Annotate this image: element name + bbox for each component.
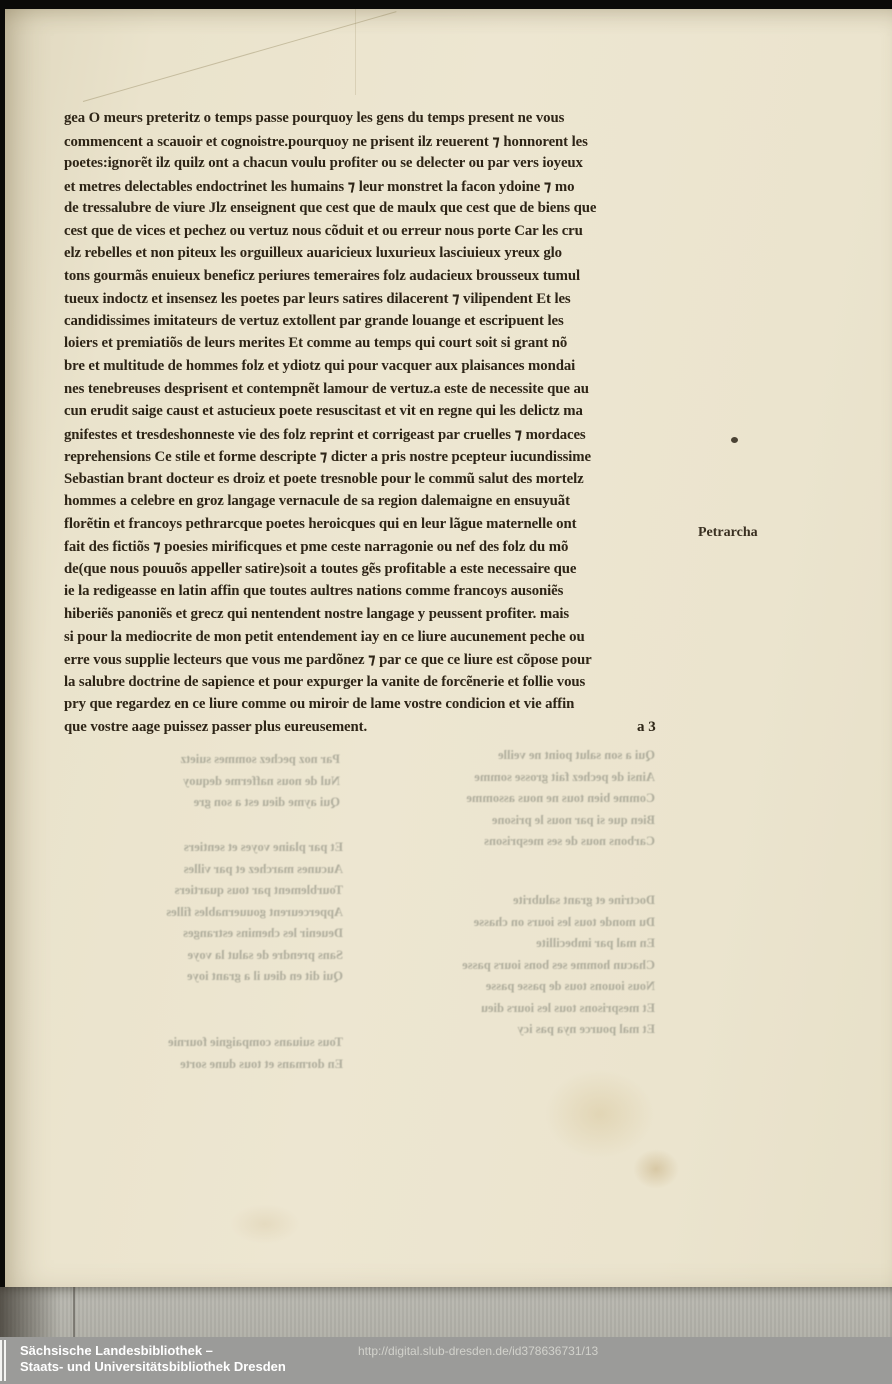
fold-crease [83,11,397,102]
text-line: et metres delectables endoctrinet les hu… [64,178,696,201]
library-name-line1: Sächsische Landesbibliothek – [20,1343,286,1359]
stain [545,1069,655,1159]
fabric-thread [73,1287,75,1337]
bleedthrough-line: Et mal pource nya pas icy [405,1022,655,1044]
bleedthrough-line: Nul de nous nafferme dequoy [135,774,340,796]
text-line: nes tenebreuses desprisent et contempnẽt… [64,381,696,404]
bleedthrough-line: Nous iouons tous de passe passe [405,979,655,1001]
library-name-line2: Staats- und Universitätsbibliothek Dresd… [20,1359,286,1375]
bleedthrough-line: Tourblement par tous quartiers [125,883,343,905]
stain [633,1149,679,1189]
fabric-texture [0,1287,892,1337]
quire-signature: a 3 [637,719,656,736]
fabric-shadow-corner [0,1287,60,1337]
footer-left-bar-icon [0,1340,2,1381]
stain [230,1204,300,1244]
bleedthrough-left-group-3: Tous suiuans compaignie fournieEn dorman… [115,1035,343,1078]
text-line: ie la redigeasse en latin affin que tout… [64,583,696,606]
ink-spot [731,437,738,443]
bleedthrough-line: En dormans et tous dune sorte [115,1057,343,1079]
text-line: la salubre doctrine de sapience et pour … [64,674,696,697]
bleedthrough-line: Sans prendre de salut la voye [125,948,343,970]
text-line: florẽtin et francoys pethrarcque poetes … [64,516,696,539]
footer-band: Sächsische Landesbibliothek – Staats- un… [0,1337,892,1384]
bleedthrough-line: Par noz pechez sommes suietz [135,752,340,774]
prologue-text-block: gea O meurs preteritz o temps passe pour… [64,110,696,741]
text-line: pry que regardez en ce liure comme ou mi… [64,696,696,719]
text-line: candidissimes imitateurs de vertuz extol… [64,313,696,336]
scan-viewport: Qui a son salut point ne veilleAinsi de … [0,0,892,1384]
text-line: si pour la mediocrite de mon petit enten… [64,629,696,652]
text-line: bre et multitude de hommes folz et ydiot… [64,358,696,381]
bleedthrough-line: Aucunes marchez et par villes [125,862,343,884]
text-line: poetes:ignorẽt ilz quilz ont a chacun vo… [64,155,696,178]
text-line: tons gourmãs enuieux beneficz periures t… [64,268,696,291]
footer-left-bar-icon [4,1340,6,1381]
bleedthrough-line: Qui a son salut point ne veille [420,748,655,770]
bleedthrough-line: Et par plaine voyes et sentiers [125,840,343,862]
bleedthrough-left-group-1: Par noz pechez sommes suietzNul de nous … [135,752,340,817]
text-line: de(que nous pouuõs appeller satire)soit … [64,561,696,584]
bleedthrough-left-group-2: Et par plaine voyes et sentiersAucunes m… [125,840,343,991]
bleedthrough-right-group-1: Qui a son salut point ne veilleAinsi de … [420,748,655,856]
text-line: fait des fictiõs ⁊ poesies mirificques e… [64,538,696,561]
scan-page: Qui a son salut point ne veilleAinsi de … [5,9,892,1290]
bleedthrough-line: Du monde tous les iours on chasse [405,915,655,937]
bleedthrough-right-group-2: Doctrine et grant salubriteDu monde tous… [405,893,655,1044]
bleedthrough-line: Apperceurent gouuernables filles [125,905,343,927]
text-line: gea O meurs preteritz o temps passe pour… [64,110,696,133]
background-fabric [0,1287,892,1337]
bleedthrough-line: Ainsi de pechez fait grosse somme [420,770,655,792]
bleedthrough-line: Bien que si par nous le prisone [420,813,655,835]
bleedthrough-line: Carbons nous de ses mesprisons [420,834,655,856]
bleedthrough-line: Qui ayme dieu est a son gre [135,795,340,817]
bleedthrough-line: Qui dit en dieu il a grant ioye [125,969,343,991]
text-line: tueux indoctz et insensez les poetes par… [64,290,696,313]
text-line: gnifestes et tresdeshonneste vie des fol… [64,426,696,449]
bleedthrough-line: Deuenir les chemins estranges [125,926,343,948]
text-line: cun erudit saige caust et astucieux poet… [64,403,696,426]
text-line: hiberiẽs panoniẽs et grecz qui nentenden… [64,606,696,629]
text-line: erre vous supplie lecteurs que vous me p… [64,651,696,674]
text-line: elz rebelles et non piteux les orguilleu… [64,245,696,268]
bleedthrough-line: En mal par imbecillite [405,936,655,958]
bleedthrough-line: Et mesprisons tous les iours dieu [405,1001,655,1023]
text-line: de tressalubre de viure Jlz enseignent q… [64,200,696,223]
text-line: loiers et premiatiõs de leurs merites Et… [64,335,696,358]
text-line: reprehensions Ce stile et forme descript… [64,448,696,471]
bleedthrough-line: Tous suiuans compaignie fournie [115,1035,343,1057]
bleedthrough-line: Doctrine et grant salubrite [405,893,655,915]
margin-note-petrarcha: Petrarcha [698,525,758,541]
library-name: Sächsische Landesbibliothek – Staats- un… [20,1343,286,1375]
text-line: Sebastian brant docteur es droiz et poet… [64,471,696,494]
digital-object-url: http://digital.slub-dresden.de/id3786367… [358,1344,598,1358]
text-line: hommes a celebre en groz langage vernacu… [64,493,696,516]
text-line: que vostre aage puissez passer plus eure… [64,719,696,742]
text-line: cest que de vices et pechez ou vertuz no… [64,223,696,246]
text-line: commencent a scauoir et cognoistre.pourq… [64,133,696,156]
bleedthrough-line: Comme bien tous ne nous assomme [420,791,655,813]
fold-crease-vertical [355,9,356,95]
bleedthrough-line: Chacun homme ses bons iours passe [405,958,655,980]
